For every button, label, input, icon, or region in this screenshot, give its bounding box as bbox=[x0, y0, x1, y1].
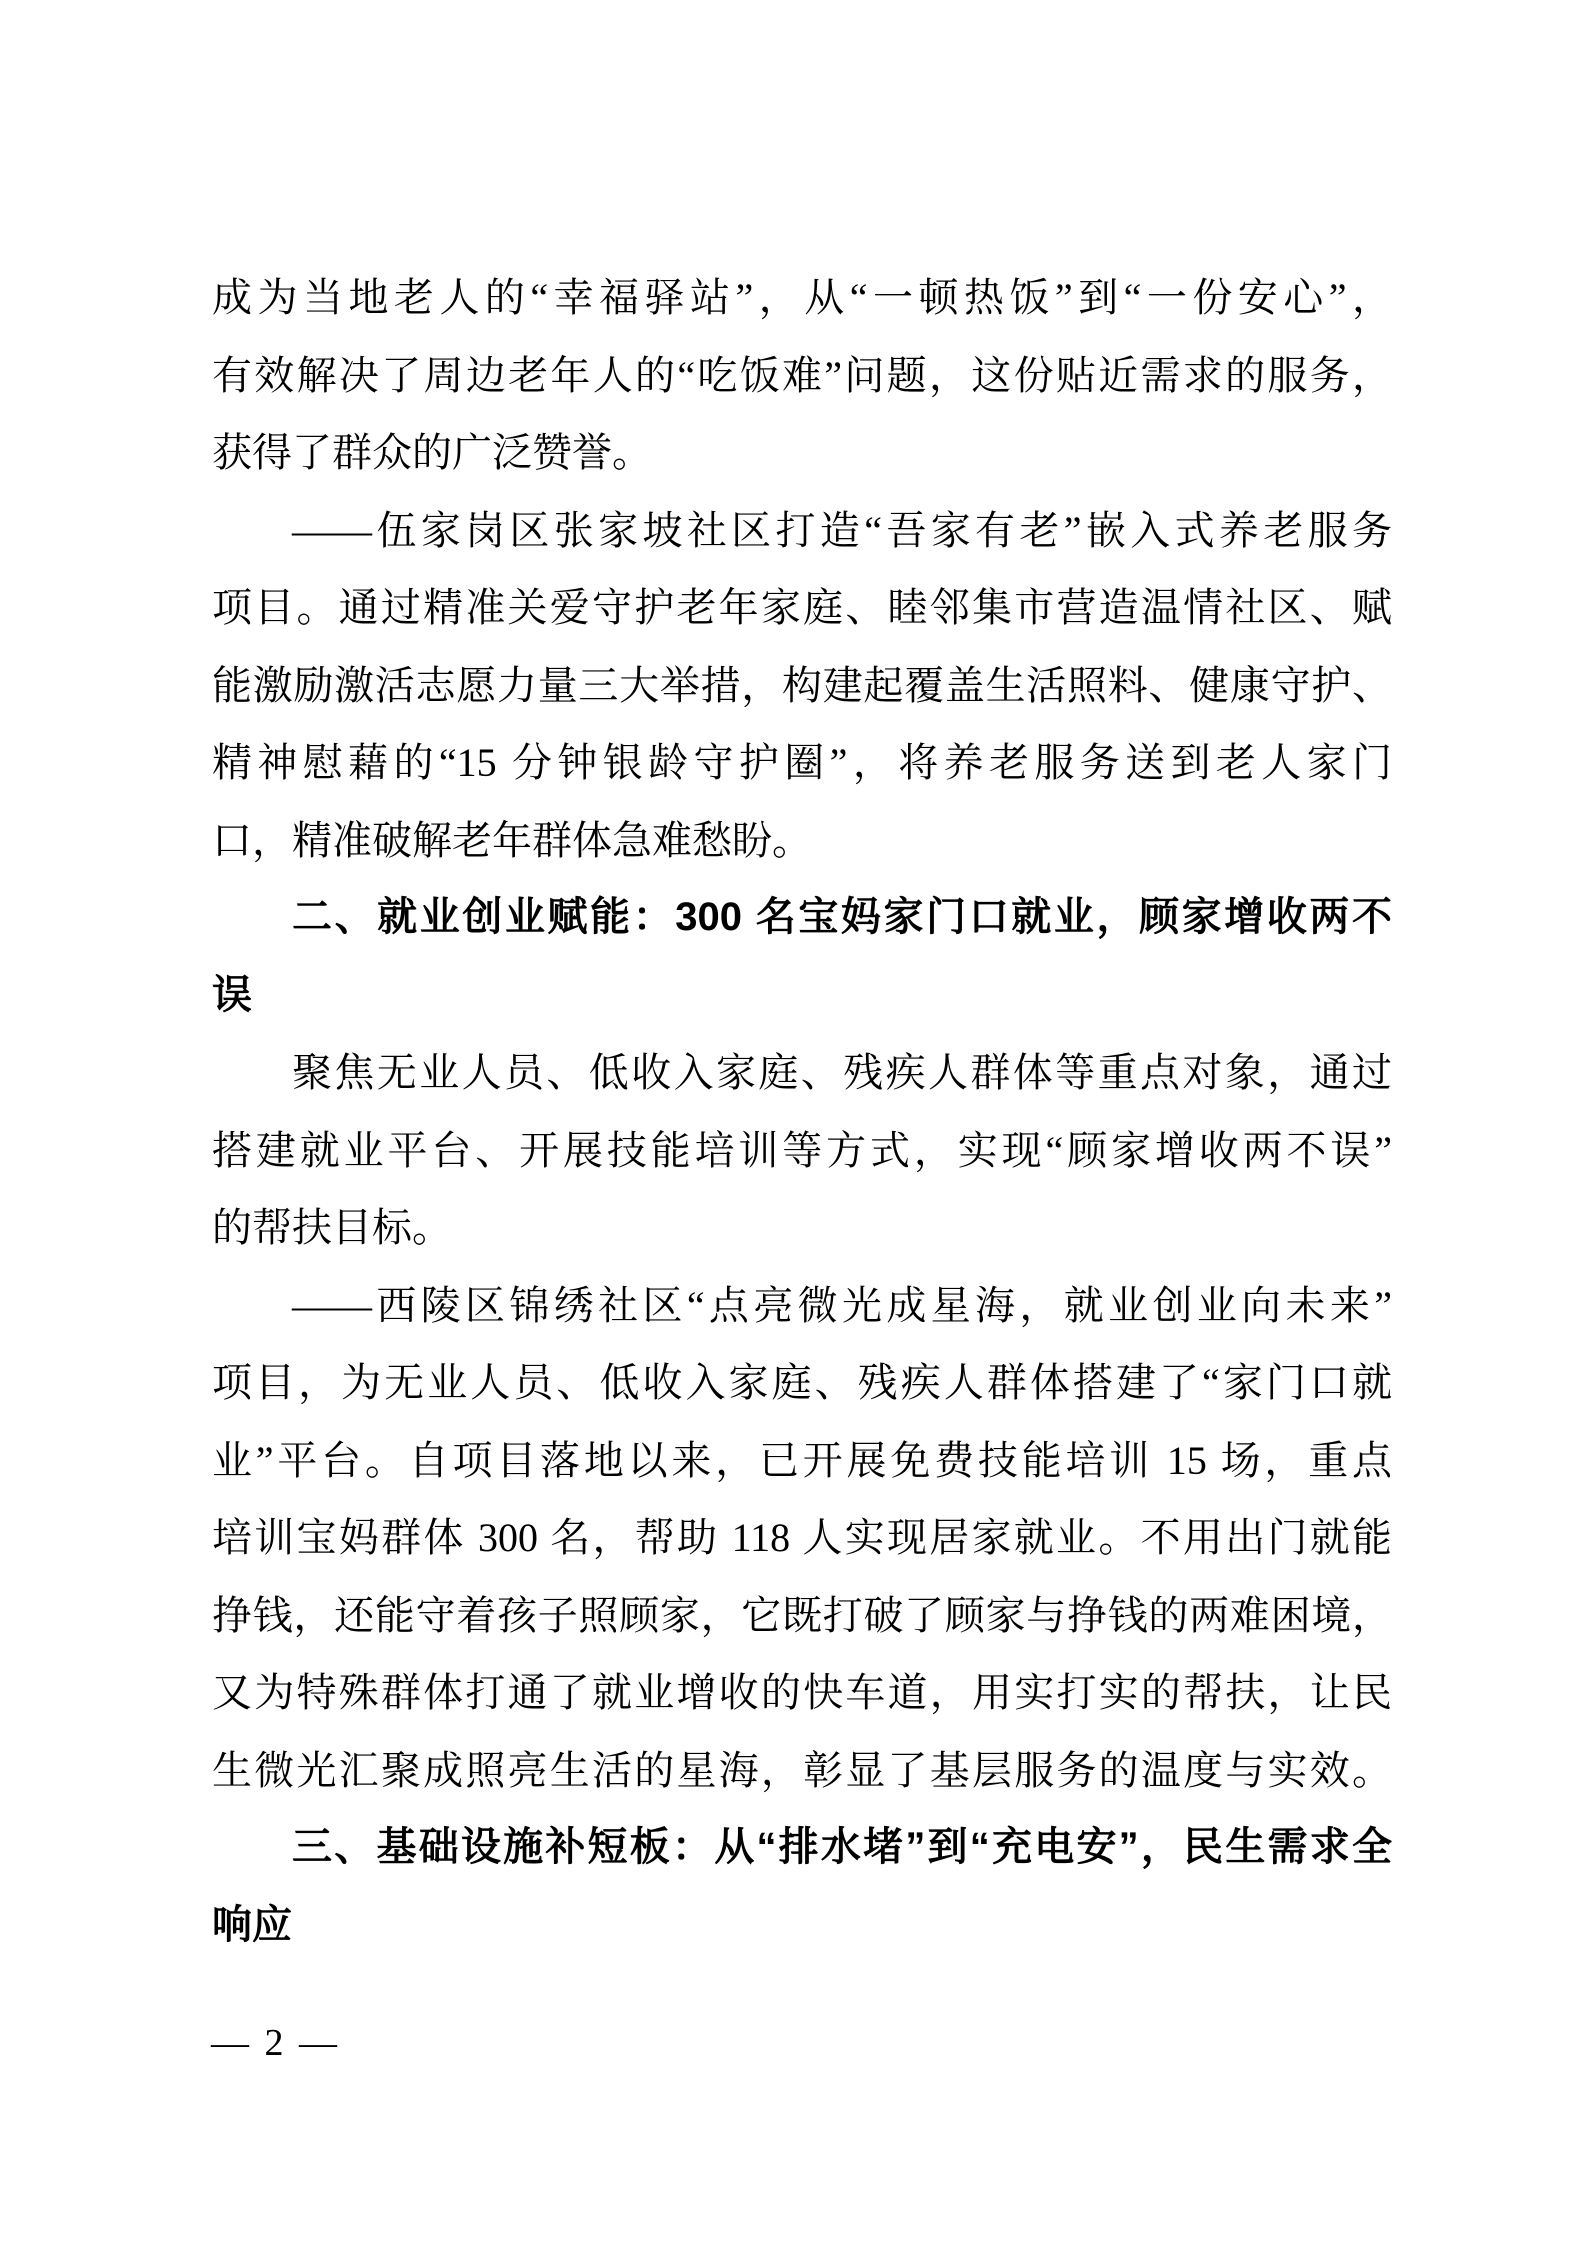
document-body: 成为当地老人的“幸福驿站”，从“一顿热饭”到“一份安心”， 有效解决了周边老年人… bbox=[212, 259, 1392, 1964]
text-line: 聚焦无业人员、低收入家庭、残疾人群体等重点对象，通过 bbox=[212, 1034, 1392, 1112]
text-line: ——西陵区锦绣社区“点亮微光成星海，就业创业向未来” bbox=[212, 1267, 1392, 1345]
text-line: 又为特殊群体打通了就业增收的快车道，用实打实的帮扶，让民 bbox=[212, 1654, 1392, 1732]
text-line: ——伍家岗区张家坡社区打造“吾家有老”嵌入式养老服务 bbox=[212, 492, 1392, 570]
text-line: 培训宝妈群体 300 名，帮助 118 人实现居家就业。不用出门就能 bbox=[212, 1499, 1392, 1577]
text-line: 生微光汇聚成照亮生活的星海，彰显了基层服务的温度与实效。 bbox=[212, 1732, 1392, 1810]
text-line: 口，精准破解老年群体急难愁盼。 bbox=[212, 802, 1392, 880]
text-line: 项目，为无业人员、低收入家庭、残疾人群体搭建了“家门口就 bbox=[212, 1344, 1392, 1422]
text-line: 能激励激活志愿力量三大举措，构建起覆盖生活照料、健康守护、 bbox=[212, 647, 1392, 725]
text-line: 业”平台。自项目落地以来，已开展免费技能培训 15 场，重点 bbox=[212, 1422, 1392, 1500]
text-line: 获得了群众的广泛赞誉。 bbox=[212, 414, 1392, 492]
text-line: 搭建就业平台、开展技能培训等方式，实现“顾家增收两不误” bbox=[212, 1112, 1392, 1190]
text-line: 项目。通过精准关爱守护老年家庭、睦邻集市营造温情社区、赋 bbox=[212, 569, 1392, 647]
section-heading: 误 bbox=[212, 957, 1392, 1035]
text-line: 挣钱，还能守着孩子照顾家，它既打破了顾家与挣钱的两难困境， bbox=[212, 1577, 1392, 1655]
text-line: 的帮扶目标。 bbox=[212, 1189, 1392, 1267]
document-page: 成为当地老人的“幸福驿站”，从“一顿热饭”到“一份安心”， 有效解决了周边老年人… bbox=[0, 0, 1587, 2245]
section-heading: 二、就业创业赋能：300 名宝妈家门口就业，顾家增收两不 bbox=[212, 879, 1392, 957]
text-line: 精神慰藉的“15 分钟银龄守护圈”，将养老服务送到老人家门 bbox=[212, 724, 1392, 802]
page-number: — 2 — bbox=[211, 2020, 337, 2066]
section-heading: 响应 bbox=[212, 1887, 1392, 1965]
text-line: 成为当地老人的“幸福驿站”，从“一顿热饭”到“一份安心”， bbox=[212, 259, 1392, 337]
section-heading: 三、基础设施补短板：从“排水堵”到“充电安”，民生需求全 bbox=[212, 1809, 1392, 1887]
text-line: 有效解决了周边老年人的“吃饭难”问题，这份贴近需求的服务， bbox=[212, 337, 1392, 415]
